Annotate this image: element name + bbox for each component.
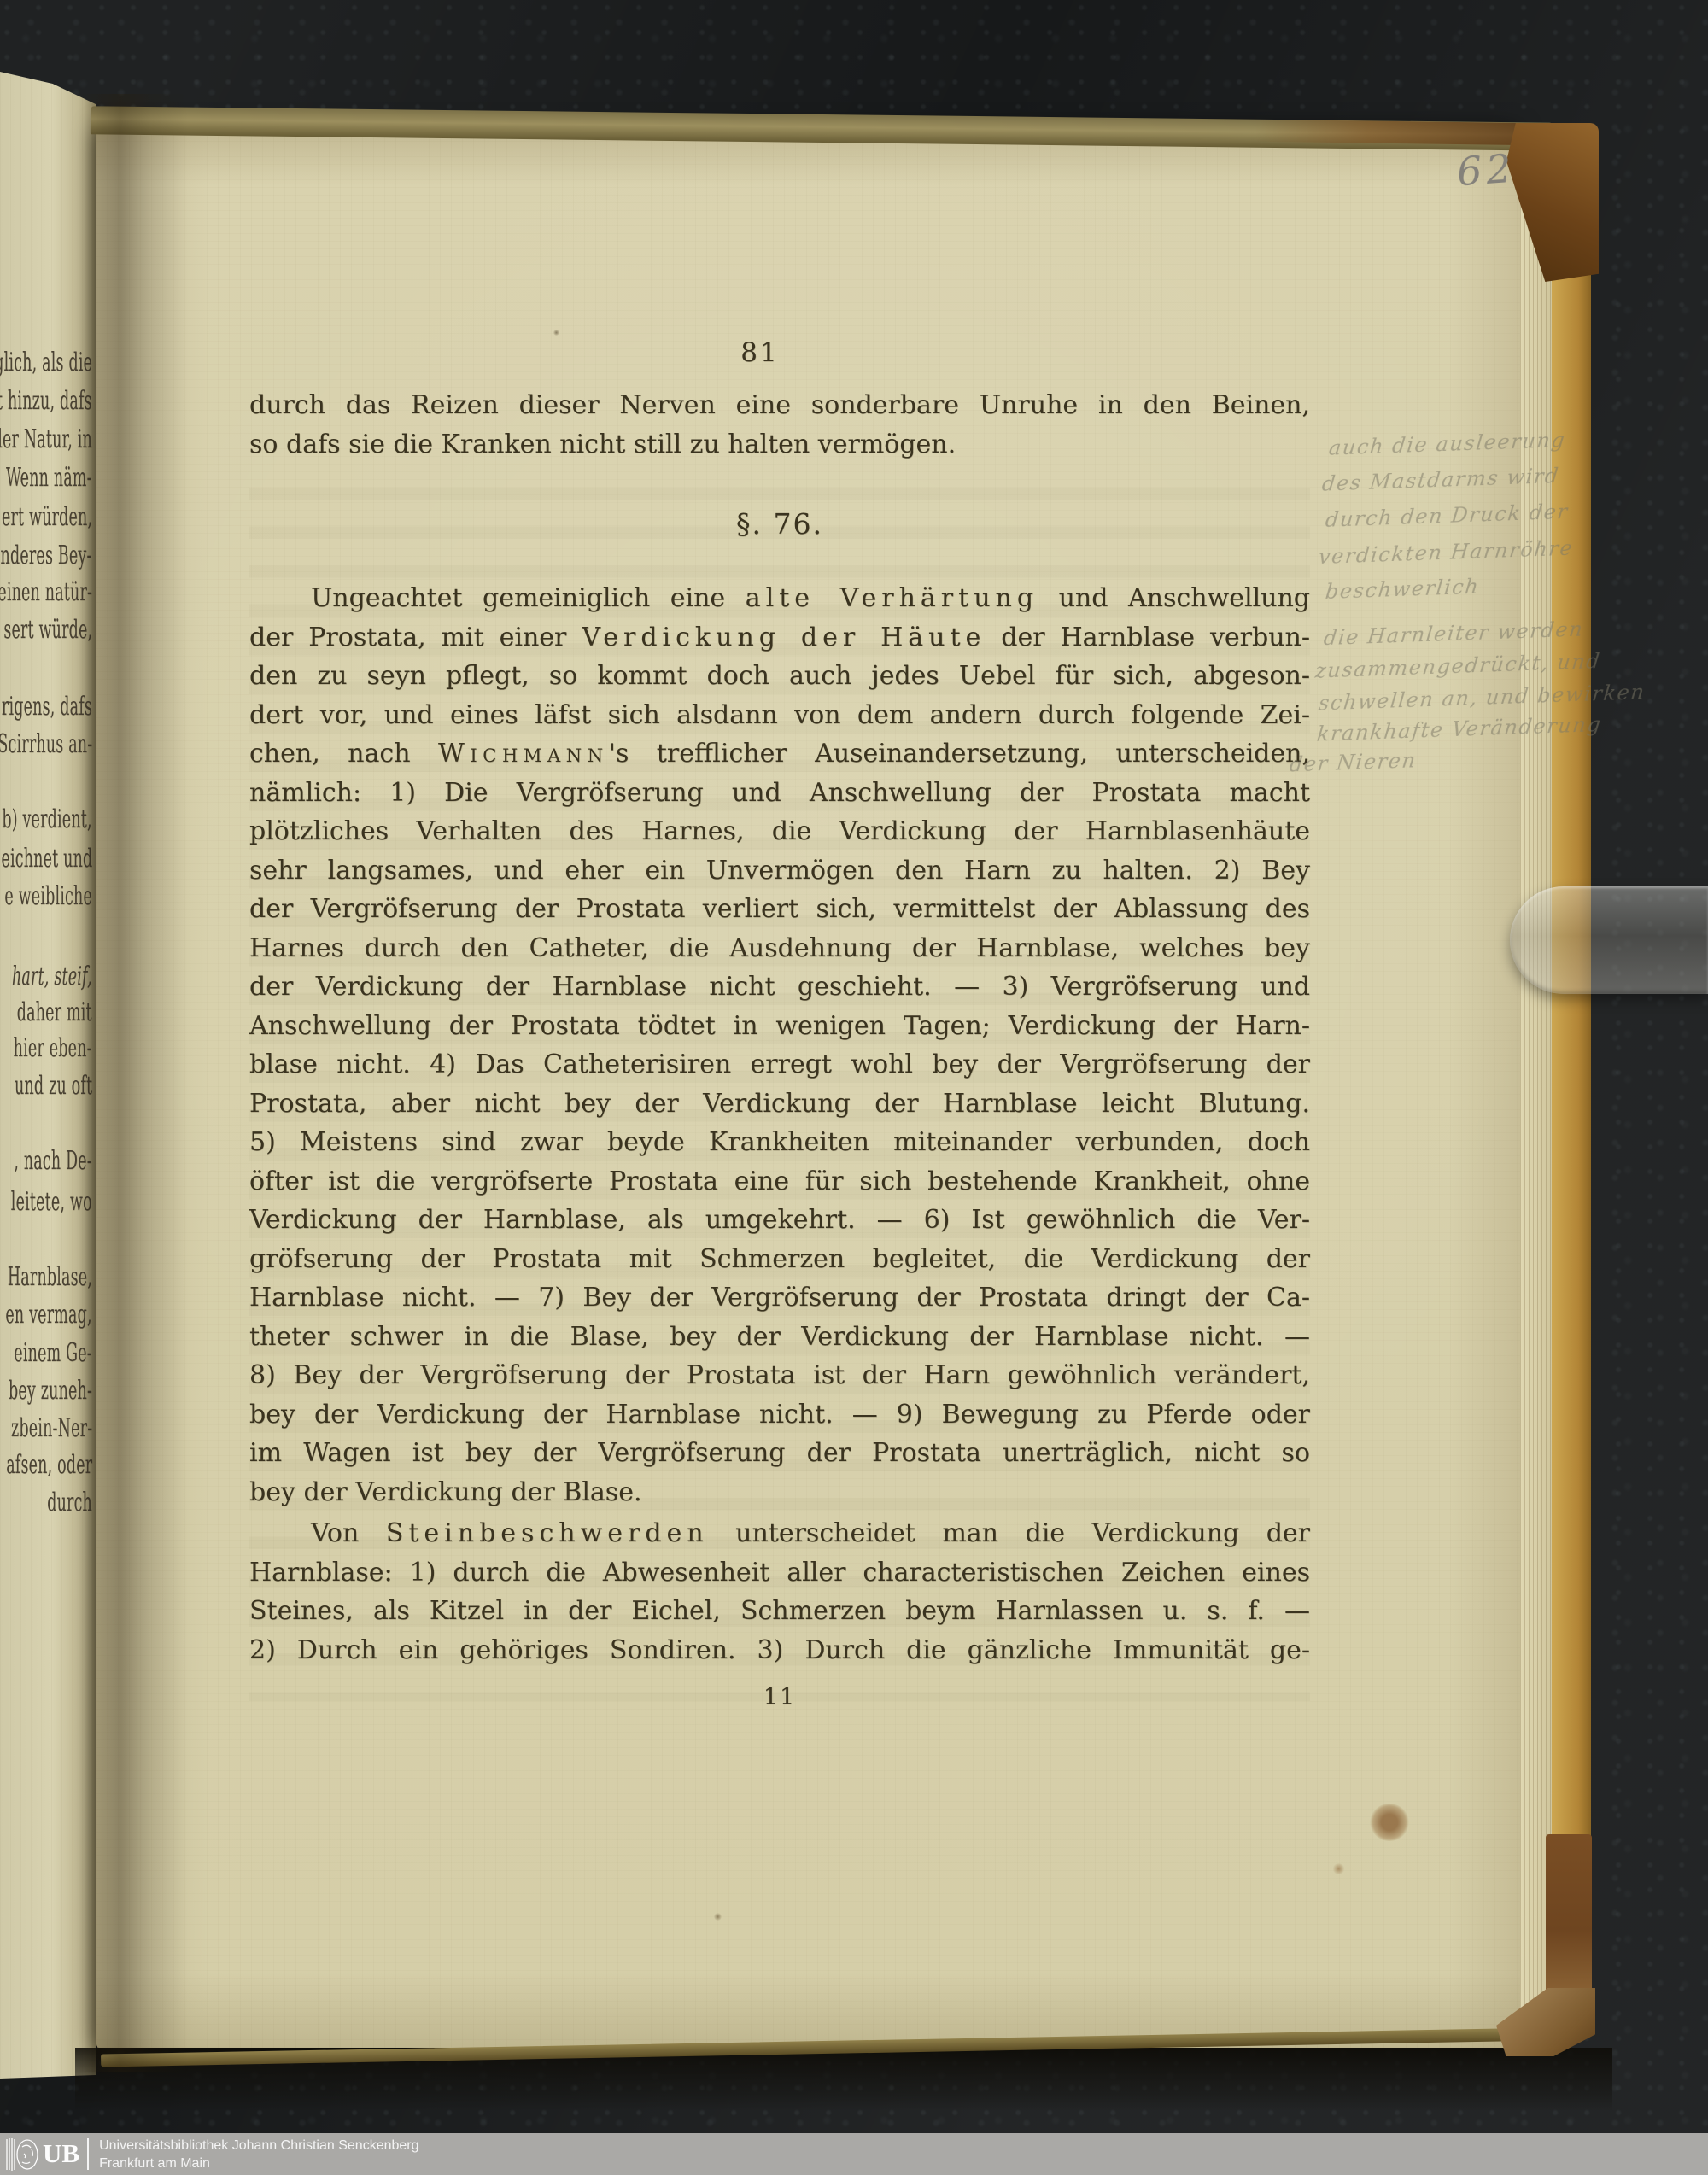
opposite-page-fragment-line: glich, als die (0, 348, 92, 377)
opposite-page-fragment-line: und zu oft (15, 1071, 92, 1101)
text-line: Anschwellung der Prostata tödtet in weni… (249, 1007, 1310, 1046)
opposite-page-fragment-line: Harnblase, (8, 1262, 92, 1292)
section-heading: §. 76. (249, 507, 1310, 541)
head-edge-stain (1255, 120, 1537, 146)
opposite-page-fragment-line: t hinzu, dafs (0, 386, 92, 416)
text-line: 5) Meistens sind zwar beyde Krankheiten … (249, 1123, 1310, 1162)
intro-paragraph: durch das Reizen dieser Nerven eine sond… (249, 386, 1310, 464)
opposite-page-fragment-line: bey zuneh- (9, 1376, 92, 1406)
text-line: der Verdickung der Harnblase nicht gesch… (249, 968, 1310, 1007)
ub-logo: UB (5, 2137, 79, 2172)
text-line: 8) Bey der Vergröfserung der Prostata is… (249, 1356, 1310, 1395)
opposite-page-fragment-line: Scirrhus an- (0, 729, 92, 759)
text-line: Ungeachtet gemeiniglich eine alte Verhär… (249, 579, 1310, 618)
transparent-page-clip (1510, 886, 1708, 994)
text-line: gröfserung der Prostata mit Schmerzen be… (249, 1240, 1310, 1279)
stain-spot (553, 330, 559, 336)
goethe-head-icon (5, 2137, 41, 2172)
text-line: plötzliches Verhalten des Harnes, die Ve… (249, 812, 1310, 851)
text-line: bey der Verdickung der Blase. (249, 1473, 1310, 1512)
text-line: blase nicht. 4) Das Catheterisiren erreg… (249, 1045, 1310, 1085)
banner-divider (87, 2138, 89, 2170)
text-line: nämlich: 1) Die Vergröfserung und Anschw… (249, 774, 1310, 813)
text-line: Harnes durch den Catheter, die Ausdehnun… (249, 929, 1310, 968)
text-line: der Prostata, mit einer Verdickung der H… (249, 618, 1310, 658)
opposite-page-fragment-line: durch (47, 1488, 92, 1517)
opposite-page-fragment-line: e weibliche (4, 881, 92, 911)
printed-page-number: 81 (231, 337, 1290, 368)
opposite-page-fragment-line: einen natür- (0, 577, 92, 607)
text-line: Harnblase nicht. — 7) Bey der Vergröfser… (249, 1278, 1310, 1318)
opposite-page-fragment-line: , nach De- (14, 1146, 92, 1176)
text-line: 2) Durch ein gehöriges Sondiren. 3) Durc… (249, 1631, 1310, 1670)
opposite-page-fragment-line: afsen, oder (6, 1450, 92, 1480)
text-line: den zu seyn pflegt, so kommt doch auch j… (249, 657, 1310, 696)
text-line: dert vor, und eines läfst sich alsdann v… (249, 696, 1310, 735)
text-line: öfter ist die vergröfserte Prostata eine… (249, 1162, 1310, 1202)
paragraph-1: Ungeachtet gemeiniglich eine alte Verhär… (249, 579, 1310, 1511)
opposite-page-fragment-line: ert würden, (2, 502, 92, 532)
text-line: Von Steinbeschwerden unterscheidet man d… (249, 1514, 1310, 1553)
text-line: im Wagen ist bey der Vergröfserung der P… (249, 1434, 1310, 1473)
paragraph-2: Von Steinbeschwerden unterscheidet man d… (249, 1514, 1310, 1669)
opposite-page-fragment-line: b) verdient, (3, 804, 92, 834)
worn-patch-fore-edge (1546, 1834, 1592, 1995)
text-line: Steines, als Kitzel in der Eichel, Schme… (249, 1592, 1310, 1631)
ub-logo-text: UB (43, 2138, 79, 2169)
text-line: Prostata, aber nicht bey der Verdickung … (249, 1085, 1310, 1124)
stain-spot (1332, 1863, 1345, 1874)
opposite-page-fragment-line: en vermag, (6, 1300, 92, 1330)
text-line: der Vergröfserung der Prostata verliert … (249, 890, 1310, 929)
text-line: Harnblase: 1) durch die Abwesenheit alle… (249, 1553, 1310, 1593)
signature-mark: 11 (249, 1684, 1310, 1710)
opposite-page-fragment-line: hart, steif, (12, 962, 92, 991)
text-line: bey der Verdickung der Harnblase nicht. … (249, 1395, 1310, 1435)
stain-spot (1370, 1804, 1409, 1841)
library-banner: UB Universitätsbibliothek Johann Christi… (0, 2133, 1708, 2175)
marginal-note-line: der Nieren (1289, 748, 1418, 776)
library-name: Universitätsbibliothek Johann Christian … (99, 2137, 418, 2155)
text-line: so dafs sie die Kranken nicht still zu h… (249, 425, 1310, 465)
text-line: durch das Reizen dieser Nerven eine sond… (249, 386, 1310, 425)
opposite-page-fragment-line: ler Natur, in (0, 424, 92, 454)
opposite-page-fragment-line: einem Ge- (14, 1338, 92, 1368)
pencil-folio-number: 62 (1455, 145, 1517, 196)
opposite-page-fragment-line: eichnet und (1, 844, 92, 874)
banner-text: Universitätsbibliothek Johann Christian … (99, 2137, 418, 2172)
opposite-page-fragment-line: nderes Bey- (1, 541, 92, 570)
text-line: sehr langsames, und eher ein Unvermögen … (249, 851, 1310, 891)
opposite-page-sliver: glich, als diet hinzu, dafsler Natur, in… (0, 67, 96, 2080)
library-city: Frankfurt am Main (99, 2155, 418, 2172)
opposite-page-fragment-line: rigens, dafs (2, 692, 92, 722)
opposite-page-fragment-line: hier eben- (14, 1033, 92, 1063)
book-scan-photograph: { "document": { "printed_page_number": "… (0, 0, 1708, 2175)
opposite-page-fragment-line: Wenn näm- (6, 463, 92, 493)
opposite-page-fragment-line: sert würde, (3, 615, 92, 645)
text-line: theter schwer in die Blase, bey der Verd… (249, 1318, 1310, 1357)
opposite-page-fragment-line: zbein-Ner- (11, 1413, 92, 1443)
opposite-page-fragment-line: daher mit (17, 997, 92, 1027)
text-line: chen, nach Wichmann's trefflicher Ausein… (249, 734, 1310, 774)
opposite-page-fragment-line: leitete, wo (11, 1187, 92, 1217)
text-line: Verdickung der Harnblase, als umgekehrt.… (249, 1201, 1310, 1240)
stain-spot (714, 1913, 722, 1921)
